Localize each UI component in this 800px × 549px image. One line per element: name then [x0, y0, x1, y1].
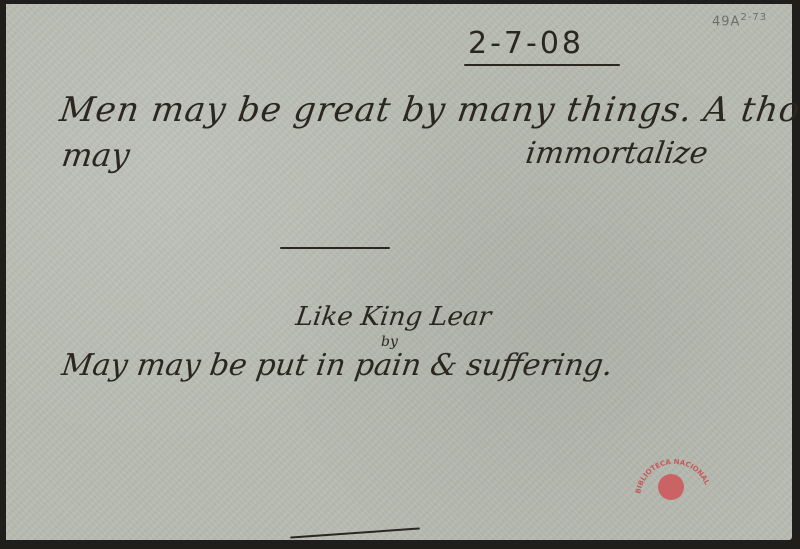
- text-line-2b: immortalize: [524, 136, 711, 171]
- section-divider: [280, 247, 390, 249]
- bottom-stroke: [290, 527, 420, 538]
- text-line-2a: may: [59, 136, 132, 174]
- text-line-4: May may be put in pain & suffering.: [60, 348, 615, 383]
- catalog-number-sub: 2-73: [740, 12, 767, 23]
- stamp-seal: [658, 474, 684, 500]
- date-underline: [464, 64, 620, 66]
- manuscript-page: 49A2-73 2-7-08 Men may be great by many …: [6, 4, 792, 540]
- text-line-3: Like King Lear: [294, 302, 493, 332]
- text-line-1: Men may be great by many things. A thoug…: [57, 90, 800, 130]
- library-stamp: BIBLIOTECA NACIONAL: [634, 454, 714, 504]
- catalog-number-main: 49A: [712, 14, 740, 29]
- catalog-number: 49A2-73: [712, 12, 767, 29]
- date-heading: 2-7-08: [468, 26, 584, 61]
